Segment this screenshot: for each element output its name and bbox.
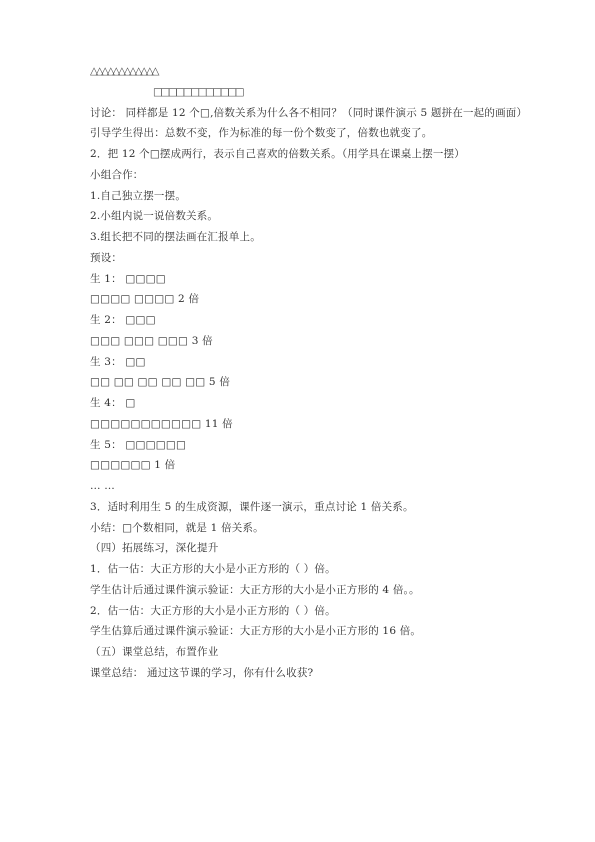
section-5-heading: （五）课堂总结，布置作业 xyxy=(90,642,525,663)
student-4-line: 生 4： □ xyxy=(90,393,525,414)
estimate-1-line: 1．估一估：大正方形的大小是小正方形的（ ）倍。 xyxy=(90,559,525,580)
student-2-answer: □□□ □□□ □□□ 3 倍 xyxy=(90,331,525,352)
ellipsis-line: … … xyxy=(90,476,525,497)
task-3-line: 3．适时利用生 5 的生成资源，课件逐一演示，重点讨论 1 倍关系。 xyxy=(90,497,525,518)
student-5-line: 生 5： □□□□□□ xyxy=(90,435,525,456)
task-2-line: 2．把 12 个□摆成两行，表示自己喜欢的倍数关系。（用学具在课桌上摆一摆） xyxy=(90,144,525,165)
estimate-2-line: 2．估一估：大正方形的大小是小正方形的（ ）倍。 xyxy=(90,601,525,622)
student-3-answer: □□ □□ □□ □□ □□ 5 倍 xyxy=(90,372,525,393)
student-1-answer: □□□□ □□□□ 2 倍 xyxy=(90,289,525,310)
triangles-row: △△△△△△△△△△△△ xyxy=(90,61,525,82)
group-step-3: 3.组长把不同的摆法画在汇报单上。 xyxy=(90,227,525,248)
discussion-line: 讨论： 同样都是 12 个□,倍数关系为什么各不相同？（同时课件演示 5 题拼在… xyxy=(90,103,525,124)
squares-row: □□□□□□□□□□□□ xyxy=(153,82,525,103)
student-3-line: 生 3： □□ xyxy=(90,352,525,373)
group-step-2: 2.小组内说一说倍数关系。 xyxy=(90,206,525,227)
document-page: △△△△△△△△△△△△□□□□□□□□□□□□讨论： 同样都是 12 个□,倍… xyxy=(0,0,595,842)
preset-heading: 预设： xyxy=(90,248,525,269)
section-4-heading: （四）拓展练习，深化提升 xyxy=(90,538,525,559)
verify-2-line: 学生估算后通过课件演示验证：大正方形的大小是小正方形的 16 倍。 xyxy=(90,621,525,642)
student-5-answer: □□□□□□ 1 倍 xyxy=(90,455,525,476)
document-body: △△△△△△△△△△△△□□□□□□□□□□□□讨论： 同样都是 12 个□,倍… xyxy=(0,0,595,684)
student-4-answer: □□□□□□□□□□□ 11 倍 xyxy=(90,414,525,435)
summary-line: 小结：□个数相同，就是 1 倍关系。 xyxy=(90,518,525,539)
guidance-line: 引导学生得出：总数不变，作为标准的每一份个数变了，倍数也就变了。 xyxy=(90,123,525,144)
student-1-line: 生 1： □□□□ xyxy=(90,269,525,290)
group-step-1: 1.自己独立摆一摆。 xyxy=(90,186,525,207)
student-2-line: 生 2： □□□ xyxy=(90,310,525,331)
group-work-heading: 小组合作： xyxy=(90,165,525,186)
verify-1-line: 学生估计后通过课件演示验证：大正方形的大小是小正方形的 4 倍。。 xyxy=(90,580,525,601)
class-summary-line: 课堂总结： 通过这节课的学习，你有什么收获? xyxy=(90,663,525,684)
